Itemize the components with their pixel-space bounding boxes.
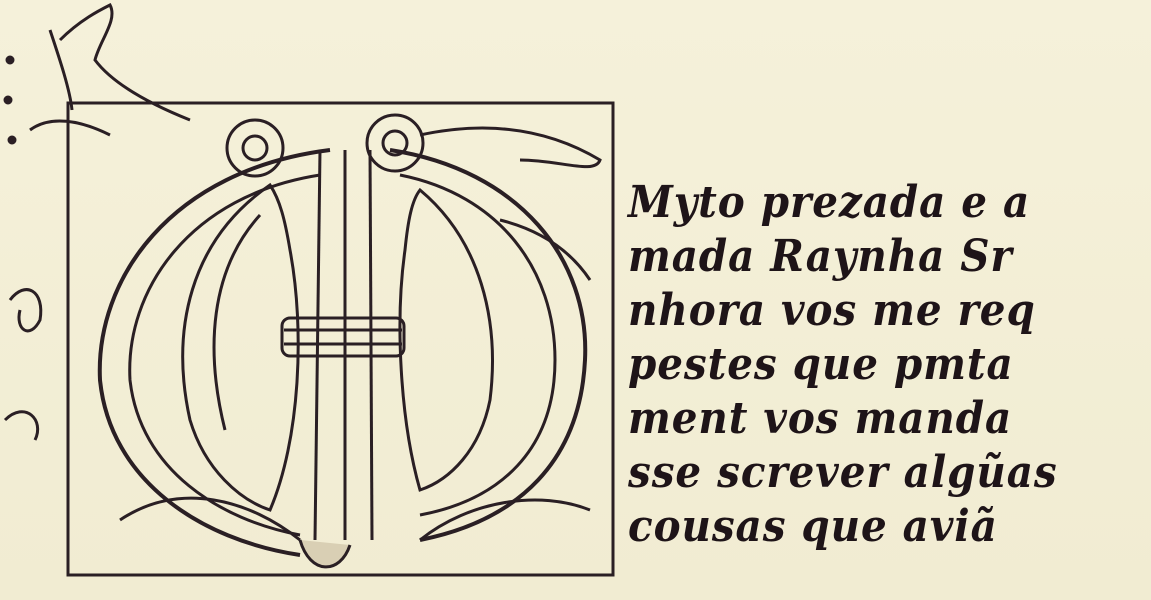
- text-line-6: sse screver algũas: [628, 446, 1060, 500]
- text-line-4: pestes que pmta: [628, 338, 1060, 392]
- text-line-7: cousas que aviã: [628, 500, 1060, 554]
- manuscript-text-block: Myto prezada e a mada Raynha Sr nhora vo…: [628, 176, 1098, 554]
- manuscript-page: Myto prezada e a mada Raynha Sr nhora vo…: [0, 0, 1151, 600]
- text-line-5: ment vos manda: [628, 392, 1060, 446]
- text-line-2: mada Raynha Sr: [628, 230, 1060, 284]
- text-line-1: Myto prezada e a: [628, 176, 1060, 230]
- text-line-3: nhora vos me req: [628, 284, 1060, 338]
